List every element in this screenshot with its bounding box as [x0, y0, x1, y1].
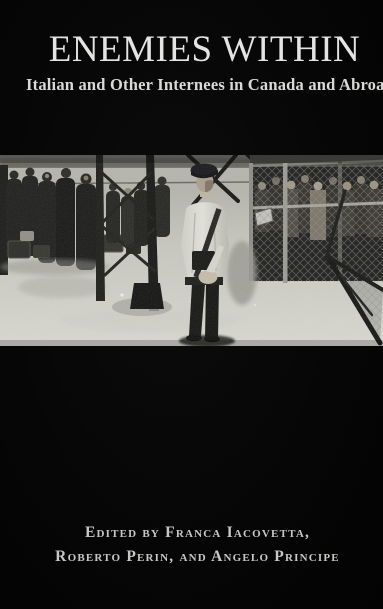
editors-credit: Edited by Franca Iacovetta, Roberto Peri… — [0, 521, 383, 568]
book-subtitle: Italian and Other Internees in Canada an… — [26, 74, 383, 96]
editors-line-2: Roberto Perin, and Angelo Principe — [12, 545, 383, 569]
book-title: ENEMIES WITHIN — [26, 31, 383, 69]
internment-camp-photo-illustration — [0, 155, 383, 346]
cover-photo — [0, 155, 383, 346]
editors-line-1: Edited by Franca Iacovetta, — [12, 521, 383, 545]
book-cover: ENEMIES WITHIN Italian and Other Interne… — [0, 0, 383, 609]
film-grain-overlay — [0, 155, 383, 346]
